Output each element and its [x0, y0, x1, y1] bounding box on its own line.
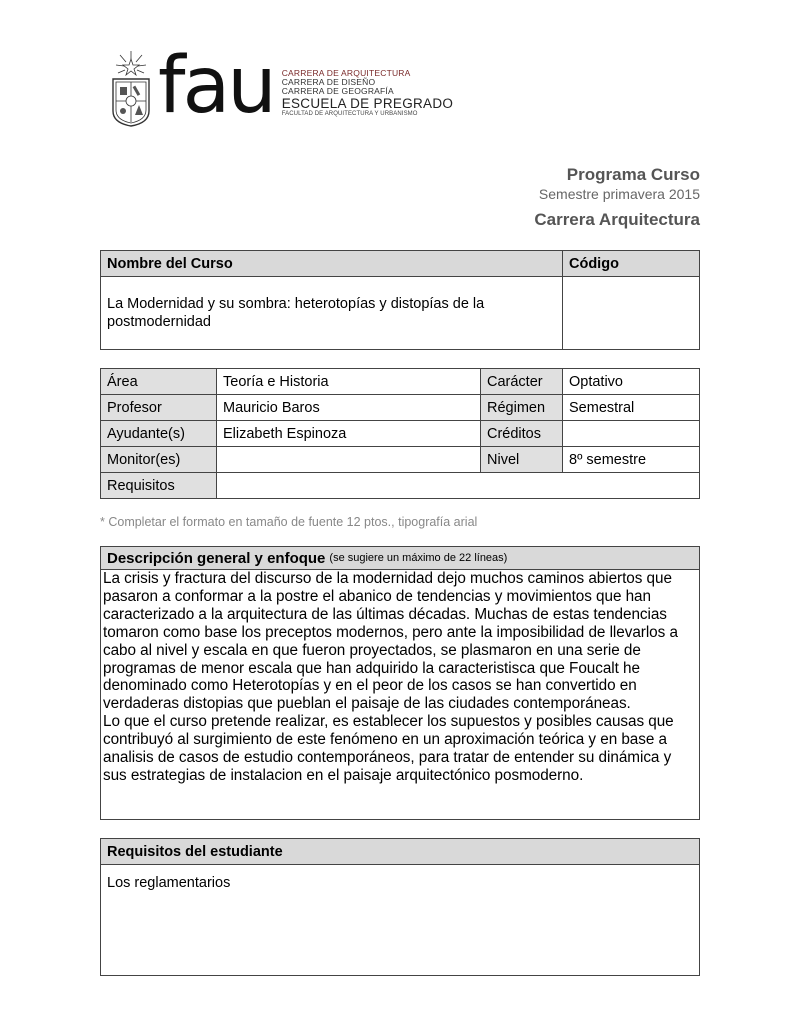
logo-wordmark: fau — [158, 47, 274, 125]
description-title: Descripción general y enfoque — [107, 550, 325, 567]
logo-school-lines: CARRERA DE ARQUITECTURA CARRERA DE DISEÑ… — [282, 69, 454, 117]
student-requirements-header: Requisitos del estudiante — [101, 839, 699, 865]
course-name-header: Nombre del Curso — [101, 251, 563, 277]
profesor-label: Profesor — [101, 395, 217, 421]
description-section: Descripción general y enfoque (se sugier… — [100, 546, 700, 820]
student-requirements-title: Requisitos del estudiante — [107, 844, 283, 860]
ayudantes-label: Ayudante(s) — [101, 421, 217, 447]
university-shield-emblem-icon — [110, 49, 152, 127]
requisitos-label: Requisitos — [101, 473, 217, 499]
caracter-value: Optativo — [563, 369, 700, 395]
course-code-header: Código — [563, 251, 700, 277]
info-row: Monitor(es) Nivel 8º semestre — [101, 447, 700, 473]
student-requirements-section: Requisitos del estudiante Los reglamenta… — [100, 838, 700, 976]
format-note: * Completar el formato en tamaño de fuen… — [100, 515, 477, 529]
info-row: Profesor Mauricio Baros Régimen Semestra… — [101, 395, 700, 421]
logo-line-geografia: CARRERA DE GEOGRAFÍA — [282, 87, 454, 96]
area-value: Teoría e Historia — [217, 369, 481, 395]
nivel-label: Nivel — [481, 447, 563, 473]
course-info-table: Área Teoría e Historia Carácter Optativo… — [100, 368, 700, 499]
regimen-label: Régimen — [481, 395, 563, 421]
course-name-value: La Modernidad y su sombra: heterotopías … — [101, 277, 563, 350]
page-title: Programa Curso — [534, 165, 700, 185]
monitores-label: Monitor(es) — [101, 447, 217, 473]
info-row: Ayudante(s) Elizabeth Espinoza Créditos — [101, 421, 700, 447]
info-row: Área Teoría e Historia Carácter Optativo — [101, 369, 700, 395]
logo-line-facultad: FACULTAD DE ARQUITECTURA Y URBANISMO — [282, 111, 454, 117]
creditos-label: Créditos — [481, 421, 563, 447]
career-label: Carrera Arquitectura — [534, 210, 700, 230]
description-subtitle: (se sugiere un máximo de 22 líneas) — [329, 552, 507, 564]
requisitos-value — [217, 473, 700, 499]
creditos-value — [563, 421, 700, 447]
description-paragraph: La crisis y fractura del discurso de la … — [103, 570, 697, 713]
logo-line-escuela: ESCUELA DE PREGRADO — [282, 97, 454, 111]
monitores-value — [217, 447, 481, 473]
caracter-label: Carácter — [481, 369, 563, 395]
student-requirements-body: Los reglamentarios — [101, 865, 699, 901]
course-name-table: Nombre del Curso Código La Modernidad y … — [100, 250, 700, 350]
course-code-value — [563, 277, 700, 350]
profesor-value: Mauricio Baros — [217, 395, 481, 421]
description-header: Descripción general y enfoque (se sugier… — [101, 547, 699, 570]
description-paragraph: Lo que el curso pretende realizar, es es… — [103, 713, 697, 785]
ayudantes-value: Elizabeth Espinoza — [217, 421, 481, 447]
semester-label: Semestre primavera 2015 — [534, 186, 700, 202]
document-title-block: Programa Curso Semestre primavera 2015 C… — [534, 165, 700, 230]
info-row: Requisitos — [101, 473, 700, 499]
fau-logo: fau CARRERA DE ARQUITECTURA CARRERA DE D… — [110, 48, 453, 128]
description-body: La crisis y fractura del discurso de la … — [101, 570, 699, 785]
nivel-value: 8º semestre — [563, 447, 700, 473]
area-label: Área — [101, 369, 217, 395]
regimen-value: Semestral — [563, 395, 700, 421]
